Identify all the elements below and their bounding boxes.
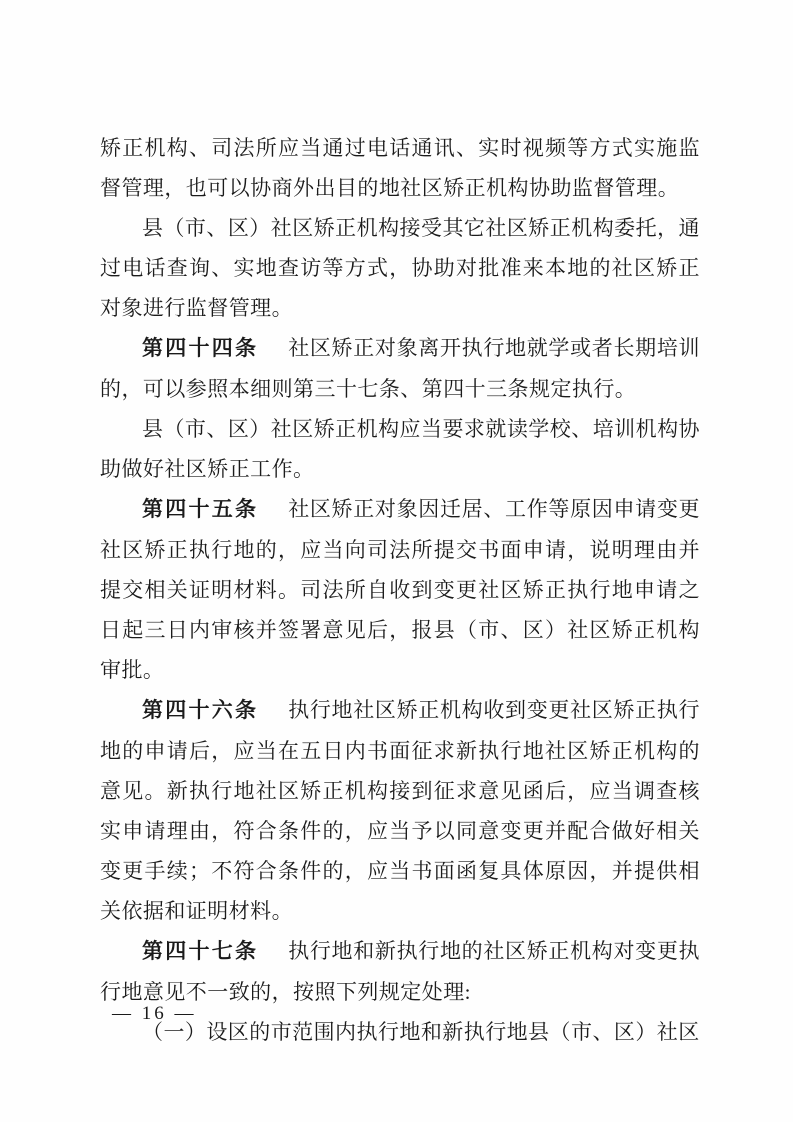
paragraph: 矫正机构、司法所应当通过电话通讯、实时视频等方式实施监督管理，也可以协商外出目的… xyxy=(100,128,700,208)
paragraph-text: 执行地社区矫正机构收到变更社区矫正执行地的申请后，应当在五日内书面征求新执行地社… xyxy=(100,698,700,923)
paragraph: 县（市、区）社区矫正机构应当要求就读学校、培训机构协助做好社区矫正工作。 xyxy=(100,409,700,489)
paragraph-text: 矫正机构、司法所应当通过电话通讯、实时视频等方式实施监督管理，也可以协商外出目的… xyxy=(100,136,700,200)
article-number: 第四十六条 xyxy=(142,699,258,722)
paragraph-text: 县（市、区）社区矫正机构接受其它社区矫正机构委托，通过电话查询、实地查访等方式，… xyxy=(100,216,700,320)
document-body: 矫正机构、司法所应当通过电话通讯、实时视频等方式实施监督管理，也可以协商外出目的… xyxy=(100,128,700,1052)
paragraph: 第四十六条执行地社区矫正机构收到变更社区矫正执行地的申请后，应当在五日内书面征求… xyxy=(100,690,700,931)
paragraph-text: （一）设区的市范围内执行地和新执行地县（市、区）社区 xyxy=(142,1020,700,1044)
page-number: — 16 — xyxy=(112,1000,197,1028)
paragraph: 第四十五条社区矫正对象因迁居、工作等原因申请变更社区矫正执行地的，应当向司法所提… xyxy=(100,489,700,690)
document-page: 矫正机构、司法所应当通过电话通讯、实时视频等方式实施监督管理，也可以协商外出目的… xyxy=(0,0,793,1122)
article-number: 第四十七条 xyxy=(142,940,258,963)
paragraph: 县（市、区）社区矫正机构接受其它社区矫正机构委托，通过电话查询、实地查访等方式，… xyxy=(100,208,700,328)
paragraph: 第四十四条社区矫正对象离开执行地就学或者长期培训的，可以参照本细则第三十七条、第… xyxy=(100,328,700,409)
article-number: 第四十五条 xyxy=(142,498,258,521)
article-number: 第四十四条 xyxy=(142,337,258,360)
paragraph-text: 县（市、区）社区矫正机构应当要求就读学校、培训机构协助做好社区矫正工作。 xyxy=(100,417,700,481)
paragraph-text: 社区矫正对象因迁居、工作等原因申请变更社区矫正执行地的，应当向司法所提交书面申请… xyxy=(100,497,700,682)
